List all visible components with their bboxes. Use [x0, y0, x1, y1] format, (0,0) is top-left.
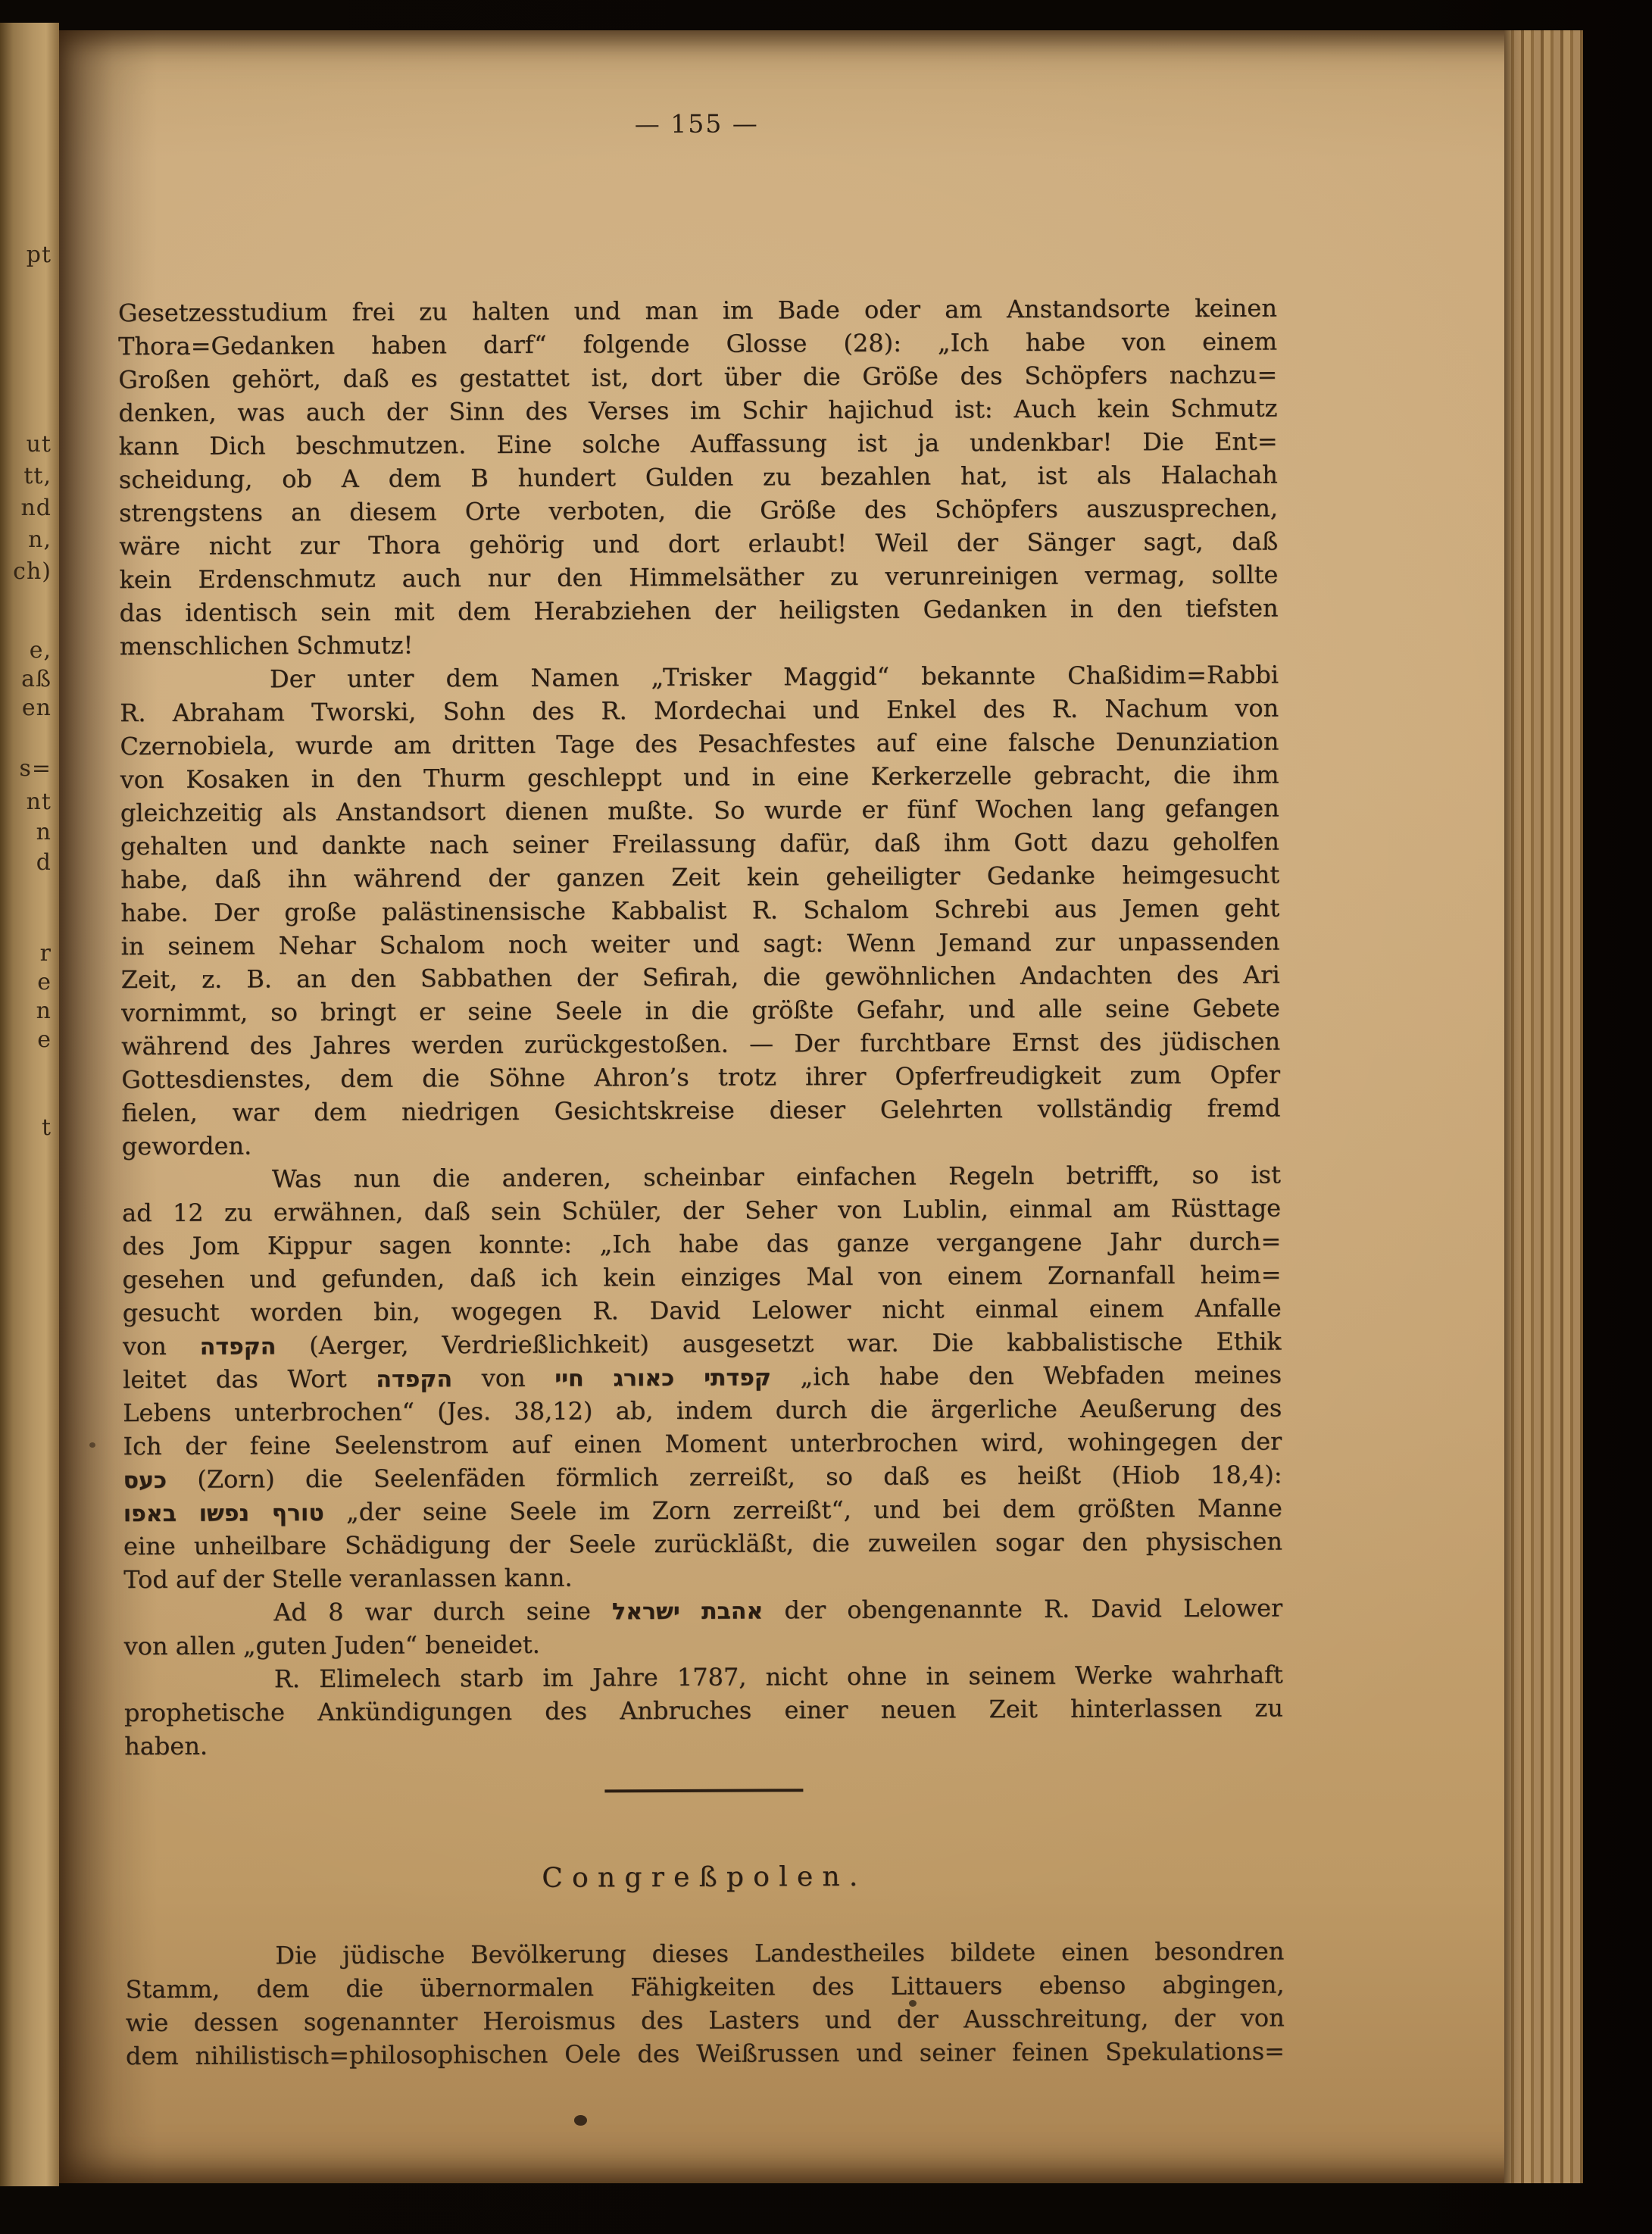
margin-fragment: s= [3, 756, 52, 782]
text-line: scheidung, ob A dem B hundert Gulden zu … [119, 458, 1278, 496]
hebrew-term: כעס [123, 1467, 167, 1494]
margin-fragment: ch) [3, 559, 52, 585]
text-line: während des Jahres werden zurückgestoßen… [121, 1024, 1280, 1063]
text-line: prophetische Ankündigungen des Anbruches… [124, 1691, 1283, 1729]
text-line: menschlichen Schmutz! [120, 624, 1279, 663]
text-line: כעס (Zorn) die Seelenfäden förmlich zerr… [123, 1458, 1282, 1496]
margin-fragment: tt, [3, 464, 52, 489]
page-text: Gesetzesstudium frei zu halten und man i… [118, 291, 1285, 2073]
text-line: von הקפדה (Aerger, Verdrießlichkeit) aus… [123, 1324, 1282, 1363]
text-line: Die jüdische Bevölkerung dieses Landesth… [125, 1934, 1284, 1973]
text-line: wie dessen sogenannter Heroismus des Las… [126, 2001, 1285, 2039]
margin-fragment: d [3, 850, 52, 876]
text-line: kann Dich beschmutzen. Eine solche Auffa… [119, 424, 1278, 463]
text-line: Gesetzesstudium frei zu halten und man i… [118, 291, 1277, 330]
margin-fragment: nt [3, 789, 52, 815]
paragraph: Gesetzesstudium frei zu halten und man i… [118, 291, 1279, 663]
margin-fragment: nd [3, 495, 52, 521]
text-line: leitet das Wort הקפדה von קפדתי כאורג חי… [123, 1358, 1282, 1396]
text-line: habe, daß ihn während der ganzen Zeit ke… [120, 858, 1279, 896]
text-line: vornimmt, so bringt er seine Seele in di… [121, 991, 1280, 1030]
text-line: dem nihilistisch=philosophischen Oele de… [126, 2034, 1285, 2073]
text-line: von allen „guten Juden“ beneidet. [123, 1624, 1282, 1663]
text-line: Tod auf der Stelle veranlassen kann. [123, 1558, 1282, 1596]
text-line: Ich der feine Seelenstrom auf einen Mome… [123, 1424, 1282, 1463]
text-line: gesehen und gefunden, daß ich kein einzi… [122, 1258, 1281, 1296]
book-photo: ptuttt,ndn,ch)e,aßens=ntndrenet — 155 — … [0, 0, 1652, 2234]
text-line: Czernobiela, wurde am dritten Tage des P… [120, 724, 1279, 763]
text-line: Der unter dem Namen „Trisker Maggid“ bek… [120, 658, 1279, 696]
margin-fragment: n [3, 820, 52, 845]
text-line: denken, was auch der Sinn des Verses im … [118, 391, 1277, 430]
paragraph: Ad 8 war durch seine אהבת ישראל der oben… [123, 1591, 1282, 1663]
text-line: fielen, war dem niedrigen Gesichtskreise… [121, 1091, 1280, 1129]
text-line: wäre nicht zur Thora gehörig und dort er… [119, 524, 1278, 563]
text-line: gesucht worden bin, wogegen R. David Lel… [123, 1291, 1282, 1329]
hebrew-term: אהבת ישראל [612, 1598, 763, 1625]
margin-fragment: aß [3, 667, 52, 692]
text-line: geworden. [122, 1124, 1281, 1163]
text-line: Thora=Gedanken haben darf“ folgende Glos… [118, 324, 1277, 363]
text-line: habe. Der große palästinensische Kabbali… [120, 891, 1279, 930]
text-line: gleichzeitig als Anstandsort dienen mußt… [120, 791, 1279, 830]
ink-speck [909, 2000, 917, 2007]
text-line: R. Elimelech starb im Jahre 1787, nicht … [124, 1658, 1283, 1696]
gutter-page-sliver: ptuttt,ndn,ch)e,aßens=ntndrenet [0, 23, 59, 2186]
page-number: — 155 — [117, 106, 1276, 141]
text-line: Lebens unterbrochen“ (Jes. 38,12) ab, in… [123, 1391, 1282, 1429]
text-line: Zeit, z. B. an den Sabbathen der Sefirah… [121, 958, 1280, 996]
text-line: ad 12 zu erwähnen, daß sein Schüler, der… [122, 1191, 1281, 1229]
paragraph: Der unter dem Namen „Trisker Maggid“ bek… [120, 658, 1281, 1163]
margin-fragment: e [3, 970, 52, 995]
margin-fragment: r [3, 941, 52, 967]
ink-speck [89, 1442, 95, 1448]
hebrew-term: טורף נפשו באפו [123, 1500, 324, 1527]
paragraph: R. Elimelech starb im Jahre 1787, nicht … [124, 1658, 1284, 1763]
hebrew-term: הקפדה [376, 1366, 452, 1392]
margin-fragment: en [3, 695, 52, 721]
text-line: eine unheilbare Schädigung der Seele zur… [123, 1524, 1282, 1563]
text-line: טורף נפשו באפו „der seine Seele im Zorn … [123, 1491, 1282, 1529]
text-line: in seinem Nehar Schalom noch weiter und … [120, 924, 1279, 963]
text-line: des Jom Kippur sagen konnte: „Ich habe d… [122, 1224, 1281, 1263]
text-line: Was nun die anderen, scheinbar einfachen… [122, 1158, 1281, 1196]
section-divider [604, 1789, 803, 1792]
margin-fragment: n [3, 998, 52, 1024]
text-line: von Kosaken in den Thurm geschleppt und … [120, 758, 1279, 796]
margin-fragment: pt [3, 242, 52, 268]
margin-fragment: e [3, 1027, 52, 1053]
text-line: kein Erdenschmutz auch nur den Himmelsät… [119, 558, 1278, 596]
text-line: Gottesdienstes, dem die Söhne Ahron’s tr… [121, 1058, 1280, 1096]
text-line: das identisch sein mit dem Herabziehen d… [120, 591, 1279, 630]
hebrew-term: קפדתי כאורג חיי [554, 1364, 771, 1392]
ink-speck [574, 2115, 587, 2126]
hebrew-term: הקפדה [200, 1333, 276, 1360]
text-line: haben. [124, 1724, 1283, 1763]
text-line: Stamm, dem die übernormalen Fähigkeiten … [125, 1967, 1284, 2006]
paragraph: Was nun die anderen, scheinbar einfachen… [122, 1158, 1282, 1596]
text-line: Großen gehört, daß es gestattet ist, dor… [118, 358, 1277, 396]
margin-fragment: e, [3, 638, 52, 664]
text-line: R. Abraham Tworski, Sohn des R. Mordecha… [120, 691, 1279, 730]
section-heading: Congreßpolen. [125, 1859, 1284, 1895]
page-content: — 155 — Gesetzesstudium frei zu halten u… [56, 27, 1589, 2186]
text-line: gehalten und dankte nach seiner Freilass… [120, 824, 1279, 863]
text-line: Ad 8 war durch seine אהבת ישראל der oben… [123, 1591, 1282, 1629]
margin-fragment: t [3, 1115, 52, 1141]
text-line: strengstens an diesem Orte verboten, die… [119, 491, 1278, 530]
paragraph: Die jüdische Bevölkerung dieses Landesth… [125, 1934, 1285, 2073]
margin-fragment: n, [3, 527, 52, 553]
margin-fragment: ut [3, 432, 52, 458]
